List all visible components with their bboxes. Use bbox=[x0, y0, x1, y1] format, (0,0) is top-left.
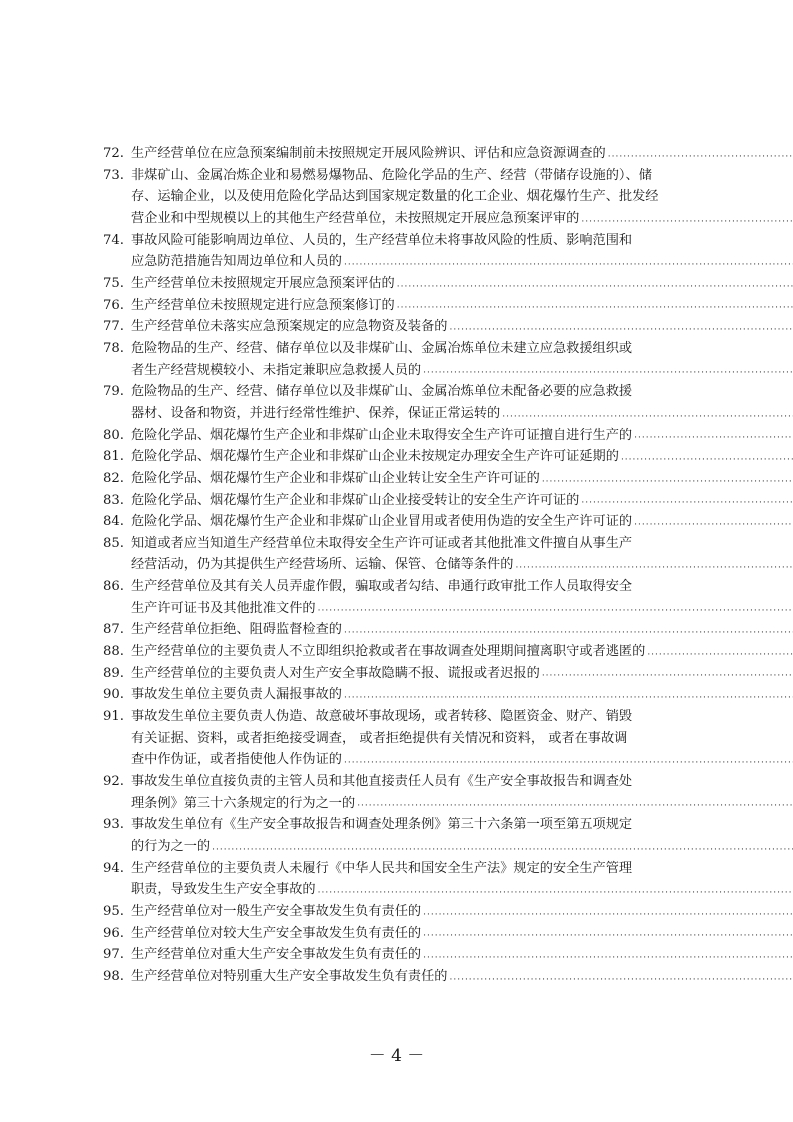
toc-entry-line: 查中作伪证，或者指使他人作伪证的110 bbox=[131, 749, 793, 771]
toc-entry-line: 生产经营单位对较大生产安全事故发生负有责任的117 bbox=[131, 923, 793, 945]
toc-entry-body: 生产经营单位对较大生产安全事故发生负有责任的117 bbox=[131, 923, 793, 945]
dot-leader bbox=[621, 452, 793, 468]
toc-entry-body: 生产经营单位的主要负责人对生产安全事故隐瞒不报、谎报或者迟报的106 bbox=[131, 663, 793, 685]
toc-entry-title: 生产经营单位对一般生产安全事故发生负有责任的 bbox=[131, 901, 421, 923]
toc-entry-body: 非煤矿山、金属冶炼企业和易燃易爆物品、危险化学品的生产、经营（带储存设施的）、储… bbox=[131, 165, 793, 230]
toc-entry-number: 78. bbox=[103, 338, 131, 381]
toc-entry-title: 危险化学品、烟花爆竹生产企业和非煤矿山企业冒用或者使用伪造的安全生产许可证的 bbox=[131, 511, 632, 533]
toc-entry-title: 非煤矿山、金属冶炼企业和易燃易爆物品、危险化学品的生产、经营（带储存设施的）、储 bbox=[131, 165, 652, 187]
toc-entry-line: 者生产经营规模较小、未指定兼职应急救援人员的93 bbox=[131, 360, 793, 382]
toc-entry-title: 生产经营单位未按照规定进行应急预案修订的 bbox=[131, 295, 395, 317]
toc-entry[interactable]: 98.生产经营单位对特别重大生产安全事故发生负有责任的120 bbox=[103, 966, 689, 988]
toc-entry[interactable]: 92.事故发生单位直接负责的主管人员和其他直接责任人员有《生产安全事故报告和调查… bbox=[103, 771, 689, 814]
toc-entry-number: 85. bbox=[103, 533, 131, 576]
toc-entry-title: 知道或者应当知道生产经营单位未取得安全生产许可证或者其他批准文件擅自从事生产 bbox=[131, 533, 632, 555]
toc-entry-line: 理条例》第三十六条规定的行为之一的111 bbox=[131, 793, 793, 815]
toc-entry-title: 危险化学品、烟花爆竹生产企业和非煤矿山企业接受转让的安全生产许可证的 bbox=[131, 490, 579, 512]
toc-entry[interactable]: 95.生产经营单位对一般生产安全事故发生负有责任的116 bbox=[103, 901, 689, 923]
toc-entry-body: 危险物品的生产、经营、储存单位以及非煤矿山、金属冶炼单位未配备必要的应急救援器材… bbox=[131, 381, 793, 424]
toc-entry[interactable]: 88.生产经营单位的主要负责人不立即组织抢救或者在事故调查处理期间擅离职守或者逃… bbox=[103, 641, 689, 663]
toc-entry-title: 生产许可证书及其他批准文件的 bbox=[131, 598, 316, 620]
toc-entry-line: 有关证据、资料，或者拒绝接受调查， 或者拒绝提供有关情况和资料， 或者在事故调 bbox=[131, 728, 793, 750]
toc-entry-number: 96. bbox=[103, 923, 131, 945]
toc-entry-number: 94. bbox=[103, 858, 131, 901]
toc-entry-body: 事故发生单位主要负责人漏报事故的109 bbox=[131, 684, 793, 706]
toc-entry-title: 的行为之一的 bbox=[131, 836, 210, 858]
toc-entry[interactable]: 86.生产经营单位及其有关人员弄虚作假，骗取或者勾结、串通行政审批工作人员取得安… bbox=[103, 576, 689, 619]
dot-leader bbox=[423, 950, 793, 966]
toc-entry-line: 职责，导致发生生产安全事故的115 bbox=[131, 879, 793, 901]
toc-entry-number: 86. bbox=[103, 576, 131, 619]
toc-entry-line: 危险物品的生产、经营、储存单位以及非煤矿山、金属冶炼单位未建立应急救援组织或 bbox=[131, 338, 793, 360]
toc-entry-body: 生产经营单位的主要负责人未履行《中华人民共和国安全生产法》规定的安全生产管理职责… bbox=[131, 858, 793, 901]
toc-entry-body: 生产经营单位及其有关人员弄虚作假，骗取或者勾结、串通行政审批工作人员取得安全生产… bbox=[131, 576, 793, 619]
toc-entry-number: 91. bbox=[103, 706, 131, 771]
toc-entry[interactable]: 79.危险物品的生产、经营、储存单位以及非煤矿山、金属冶炼单位未配备必要的应急救… bbox=[103, 381, 689, 424]
dot-leader bbox=[397, 300, 793, 316]
toc-entry[interactable]: 91.事故发生单位主要负责人伪造、故意破坏事故现场，或者转移、隐匿资金、财产、销… bbox=[103, 706, 689, 771]
toc-entry-line: 应急防范措施告知周边单位和人员的89 bbox=[131, 251, 793, 273]
toc-entry-title: 生产经营单位对重大生产安全事故发生负有责任的 bbox=[131, 944, 421, 966]
dot-leader bbox=[423, 928, 793, 944]
toc-entry-body: 生产经营单位未落实应急预案规定的应急物资及装备的92 bbox=[131, 316, 793, 338]
toc-entry-title: 事故风险可能影响周边单位、人员的，生产经营单位未将事故风险的性质、影响范围和 bbox=[131, 230, 632, 252]
toc-entry-line: 的行为之一的113 bbox=[131, 836, 793, 858]
dot-leader bbox=[450, 972, 793, 988]
toc-entry-title: 危险物品的生产、经营、储存单位以及非煤矿山、金属冶炼单位未配备必要的应急救援 bbox=[131, 381, 632, 403]
dot-leader bbox=[423, 365, 793, 381]
dot-leader bbox=[450, 322, 793, 338]
toc-entry-line: 生产经营单位未落实应急预案规定的应急物资及装备的92 bbox=[131, 316, 793, 338]
toc-entry-title: 生产经营单位的主要负责人对生产安全事故隐瞒不报、谎报或者迟报的 bbox=[131, 663, 540, 685]
toc-entry-title: 危险化学品、烟花爆竹生产企业和非煤矿山企业未按规定办理安全生产许可证延期的 bbox=[131, 446, 619, 468]
toc-entry-title: 危险化学品、烟花爆竹生产企业和非煤矿山企业转让安全生产许可证的 bbox=[131, 468, 540, 490]
dot-leader bbox=[344, 257, 793, 273]
toc-entry[interactable]: 94.生产经营单位的主要负责人未履行《中华人民共和国安全生产法》规定的安全生产管… bbox=[103, 858, 689, 901]
toc-entry-title: 危险物品的生产、经营、储存单位以及非煤矿山、金属冶炼单位未建立应急救援组织或 bbox=[131, 338, 632, 360]
toc-entry-body: 危险物品的生产、经营、储存单位以及非煤矿山、金属冶炼单位未建立应急救援组织或者生… bbox=[131, 338, 793, 381]
page-number: － 4 － bbox=[0, 1041, 793, 1066]
toc-entry-number: 82. bbox=[103, 468, 131, 490]
toc-entry-title: 经营活动，仍为其提供生产经营场所、运输、保管、仓储等条件的 bbox=[131, 554, 513, 576]
toc-entry-title: 生产经营单位在应急预案编制前未按照规定开展风险辨识、评估和应急资源调查的 bbox=[131, 143, 606, 165]
toc-entry-line: 存、运输企业，以及使用危险化学品达到国家规定数量的化工企业、烟花爆竹生产、批发经 bbox=[131, 186, 793, 208]
toc-entry[interactable]: 84.危险化学品、烟花爆竹生产企业和非煤矿山企业冒用或者使用伪造的安全生产许可证… bbox=[103, 511, 689, 533]
dot-leader bbox=[542, 474, 793, 490]
toc-entry-line: 事故发生单位有《生产安全事故报告和调查处理条例》第三十六条第一项至第五项规定 bbox=[131, 814, 793, 836]
toc-entry[interactable]: 77.生产经营单位未落实应急预案规定的应急物资及装备的92 bbox=[103, 316, 689, 338]
toc-entry-line: 营企业和中型规模以上的其他生产经营单位，未按照规定开展应急预案评审的88 bbox=[131, 208, 793, 230]
toc-entry-line: 生产经营单位在应急预案编制前未按照规定开展风险辨识、评估和应急资源调查的87 bbox=[131, 143, 793, 165]
dot-leader bbox=[581, 214, 793, 230]
toc-entry[interactable]: 76.生产经营单位未按照规定进行应急预案修订的91 bbox=[103, 295, 689, 317]
dot-leader bbox=[502, 409, 793, 425]
dot-leader bbox=[397, 279, 793, 295]
toc-entry-line: 危险物品的生产、经营、储存单位以及非煤矿山、金属冶炼单位未配备必要的应急救援 bbox=[131, 381, 793, 403]
toc-entry-title: 营企业和中型规模以上的其他生产经营单位，未按照规定开展应急预案评审的 bbox=[131, 208, 579, 230]
table-of-contents: 72.生产经营单位在应急预案编制前未按照规定开展风险辨识、评估和应急资源调查的8… bbox=[103, 143, 689, 988]
toc-entry[interactable]: 78.危险物品的生产、经营、储存单位以及非煤矿山、金属冶炼单位未建立应急救援组织… bbox=[103, 338, 689, 381]
toc-entry-line: 生产经营单位拒绝、阻碍监督检查的103 bbox=[131, 619, 793, 641]
toc-entry-title: 存、运输企业，以及使用危险化学品达到国家规定数量的化工企业、烟花爆竹生产、批发经 bbox=[131, 186, 659, 208]
toc-entry-number: 90. bbox=[103, 684, 131, 706]
toc-entry[interactable]: 85.知道或者应当知道生产经营单位未取得安全生产许可证或者其他批准文件擅自从事生… bbox=[103, 533, 689, 576]
toc-entry-title: 职责，导致发生生产安全事故的 bbox=[131, 879, 316, 901]
toc-entry-line: 生产经营单位的主要负责人对生产安全事故隐瞒不报、谎报或者迟报的106 bbox=[131, 663, 793, 685]
dot-leader bbox=[542, 668, 793, 684]
toc-entry-line: 生产经营单位未按照规定进行应急预案修订的91 bbox=[131, 295, 793, 317]
toc-entry-title: 者生产经营规模较小、未指定兼职应急救援人员的 bbox=[131, 360, 421, 382]
toc-entry-title: 事故发生单位主要负责人伪造、故意破坏事故现场，或者转移、隐匿资金、财产、销毁 bbox=[131, 706, 632, 728]
toc-entry-body: 生产经营单位未按照规定开展应急预案评估的90 bbox=[131, 273, 793, 295]
toc-entry-title: 生产经营单位对较大生产安全事故发生负有责任的 bbox=[131, 923, 421, 945]
dot-leader bbox=[344, 690, 793, 706]
toc-entry-number: 72. bbox=[103, 143, 131, 165]
dot-leader bbox=[344, 625, 793, 641]
toc-entry-body: 事故风险可能影响周边单位、人员的，生产经营单位未将事故风险的性质、影响范围和应急… bbox=[131, 230, 793, 273]
toc-entry-line: 生产经营单位对重大生产安全事故发生负有责任的119 bbox=[131, 944, 793, 966]
toc-entry-line: 事故发生单位直接负责的主管人员和其他直接责任人员有《生产安全事故报告和调查处 bbox=[131, 771, 793, 793]
toc-entry-title: 应急防范措施告知周边单位和人员的 bbox=[131, 251, 342, 273]
toc-entry-number: 73. bbox=[103, 165, 131, 230]
toc-entry-body: 危险化学品、烟花爆竹生产企业和非煤矿山企业冒用或者使用伪造的安全生产许可证的10… bbox=[131, 511, 793, 533]
toc-entry-title: 事故发生单位主要负责人漏报事故的 bbox=[131, 684, 342, 706]
toc-entry-number: 93. bbox=[103, 814, 131, 857]
toc-entry-number: 77. bbox=[103, 316, 131, 338]
dot-leader bbox=[423, 907, 793, 923]
toc-entry-title: 生产经营单位对特别重大生产安全事故发生负有责任的 bbox=[131, 966, 448, 988]
toc-entry-body: 事故发生单位有《生产安全事故报告和调查处理条例》第三十六条第一项至第五项规定的行… bbox=[131, 814, 793, 857]
toc-entry-body: 生产经营单位对一般生产安全事故发生负有责任的116 bbox=[131, 901, 793, 923]
toc-entry[interactable]: 89.生产经营单位的主要负责人对生产安全事故隐瞒不报、谎报或者迟报的106 bbox=[103, 663, 689, 685]
toc-entry-line: 生产经营单位及其有关人员弄虚作假，骗取或者勾结、串通行政审批工作人员取得安全 bbox=[131, 576, 793, 598]
toc-entry-line: 危险化学品、烟花爆竹生产企业和非煤矿山企业未按规定办理安全生产许可证延期的95 bbox=[131, 446, 793, 468]
dot-leader bbox=[357, 798, 793, 814]
toc-entry-title: 事故发生单位有《生产安全事故报告和调查处理条例》第三十六条第一项至第五项规定 bbox=[131, 814, 632, 836]
toc-entry-line: 事故发生单位主要负责人漏报事故的109 bbox=[131, 684, 793, 706]
toc-entry-body: 危险化学品、烟花爆竹生产企业和非煤矿山企业未取得安全生产许可证擅自进行生产的94 bbox=[131, 425, 793, 447]
toc-entry-line: 生产经营单位对特别重大生产安全事故发生负有责任的120 bbox=[131, 966, 793, 988]
toc-entry[interactable]: 90.事故发生单位主要负责人漏报事故的109 bbox=[103, 684, 689, 706]
toc-entry-line: 生产经营单位的主要负责人未履行《中华人民共和国安全生产法》规定的安全生产管理 bbox=[131, 858, 793, 880]
toc-entry-number: 95. bbox=[103, 901, 131, 923]
toc-entry[interactable]: 75.生产经营单位未按照规定开展应急预案评估的90 bbox=[103, 273, 689, 295]
toc-entry-line: 危险化学品、烟花爆竹生产企业和非煤矿山企业转让安全生产许可证的97 bbox=[131, 468, 793, 490]
toc-entry-body: 危险化学品、烟花爆竹生产企业和非煤矿山企业未按规定办理安全生产许可证延期的95 bbox=[131, 446, 793, 468]
toc-entry-body: 知道或者应当知道生产经营单位未取得安全生产许可证或者其他批准文件擅自从事生产经营… bbox=[131, 533, 793, 576]
toc-entry[interactable]: 81.危险化学品、烟花爆竹生产企业和非煤矿山企业未按规定办理安全生产许可证延期的… bbox=[103, 446, 689, 468]
toc-entry[interactable]: 82.危险化学品、烟花爆竹生产企业和非煤矿山企业转让安全生产许可证的97 bbox=[103, 468, 689, 490]
toc-entry-title: 生产经营单位未按照规定开展应急预案评估的 bbox=[131, 273, 395, 295]
toc-entry[interactable]: 87.生产经营单位拒绝、阻碍监督检查的103 bbox=[103, 619, 689, 641]
toc-entry-line: 经营活动，仍为其提供生产经营场所、运输、保管、仓储等条件的102 bbox=[131, 554, 793, 576]
toc-entry-body: 生产经营单位拒绝、阻碍监督检查的103 bbox=[131, 619, 793, 641]
dot-leader bbox=[212, 842, 793, 858]
toc-entry[interactable]: 73.非煤矿山、金属冶炼企业和易燃易爆物品、危险化学品的生产、经营（带储存设施的… bbox=[103, 165, 689, 230]
toc-entry-line: 事故发生单位主要负责人伪造、故意破坏事故现场，或者转移、隐匿资金、财产、销毁 bbox=[131, 706, 793, 728]
toc-entry-title: 生产经营单位拒绝、阻碍监督检查的 bbox=[131, 619, 342, 641]
toc-entry-title: 事故发生单位直接负责的主管人员和其他直接责任人员有《生产安全事故报告和调查处 bbox=[131, 771, 632, 793]
toc-entry-title: 生产经营单位的主要负责人未履行《中华人民共和国安全生产法》规定的安全生产管理 bbox=[131, 858, 632, 880]
toc-entry-title: 查中作伪证，或者指使他人作伪证的 bbox=[131, 749, 342, 771]
toc-entry-number: 81. bbox=[103, 446, 131, 468]
dot-leader bbox=[634, 430, 793, 446]
toc-entry-body: 生产经营单位在应急预案编制前未按照规定开展风险辨识、评估和应急资源调查的87 bbox=[131, 143, 793, 165]
dot-leader bbox=[318, 885, 793, 901]
toc-entry-number: 89. bbox=[103, 663, 131, 685]
toc-entry-line: 事故风险可能影响周边单位、人员的，生产经营单位未将事故风险的性质、影响范围和 bbox=[131, 230, 793, 252]
toc-entry-line: 生产许可证书及其他批准文件的103 bbox=[131, 598, 793, 620]
toc-entry[interactable]: 74.事故风险可能影响周边单位、人员的，生产经营单位未将事故风险的性质、影响范围… bbox=[103, 230, 689, 273]
dot-leader bbox=[581, 495, 793, 511]
toc-entry[interactable]: 80.危险化学品、烟花爆竹生产企业和非煤矿山企业未取得安全生产许可证擅自进行生产… bbox=[103, 425, 689, 447]
toc-entry-title: 生产经营单位未落实应急预案规定的应急物资及装备的 bbox=[131, 316, 448, 338]
toc-entry-line: 知道或者应当知道生产经营单位未取得安全生产许可证或者其他批准文件擅自从事生产 bbox=[131, 533, 793, 555]
toc-entry-body: 生产经营单位对特别重大生产安全事故发生负有责任的120 bbox=[131, 966, 793, 988]
toc-entry-line: 器材、设备和物资，并进行经常性维护、保养，保证正常运转的93 bbox=[131, 403, 793, 425]
toc-entry-line: 生产经营单位未按照规定开展应急预案评估的90 bbox=[131, 273, 793, 295]
toc-entry-number: 97. bbox=[103, 944, 131, 966]
toc-entry-number: 98. bbox=[103, 966, 131, 988]
dot-leader bbox=[647, 647, 793, 663]
toc-entry-number: 88. bbox=[103, 641, 131, 663]
toc-entry-line: 生产经营单位的主要负责人不立即组织抢救或者在事故调查处理期间擅离职守或者逃匿的1… bbox=[131, 641, 793, 663]
toc-entry[interactable]: 97.生产经营单位对重大生产安全事故发生负有责任的119 bbox=[103, 944, 689, 966]
toc-entry-number: 92. bbox=[103, 771, 131, 814]
toc-entry-number: 84. bbox=[103, 511, 131, 533]
toc-entry[interactable]: 93.事故发生单位有《生产安全事故报告和调查处理条例》第三十六条第一项至第五项规… bbox=[103, 814, 689, 857]
toc-entry[interactable]: 83.危险化学品、烟花爆竹生产企业和非煤矿山企业接受转让的安全生产许可证的99 bbox=[103, 490, 689, 512]
toc-entry-body: 生产经营单位对重大生产安全事故发生负有责任的119 bbox=[131, 944, 793, 966]
toc-entry-line: 生产经营单位对一般生产安全事故发生负有责任的116 bbox=[131, 901, 793, 923]
toc-entry-line: 危险化学品、烟花爆竹生产企业和非煤矿山企业接受转让的安全生产许可证的99 bbox=[131, 490, 793, 512]
dot-leader bbox=[318, 603, 793, 619]
toc-entry-line: 非煤矿山、金属冶炼企业和易燃易爆物品、危险化学品的生产、经营（带储存设施的）、储 bbox=[131, 165, 793, 187]
toc-entry-number: 76. bbox=[103, 295, 131, 317]
toc-entry-body: 危险化学品、烟花爆竹生产企业和非煤矿山企业转让安全生产许可证的97 bbox=[131, 468, 793, 490]
toc-entry-title: 生产经营单位及其有关人员弄虚作假，骗取或者勾结、串通行政审批工作人员取得安全 bbox=[131, 576, 632, 598]
dot-leader bbox=[515, 560, 793, 576]
toc-entry-body: 生产经营单位未按照规定进行应急预案修订的91 bbox=[131, 295, 793, 317]
toc-entry-title: 器材、设备和物资，并进行经常性维护、保养，保证正常运转的 bbox=[131, 403, 500, 425]
toc-entry-title: 生产经营单位的主要负责人不立即组织抢救或者在事故调查处理期间擅离职守或者逃匿的 bbox=[131, 641, 645, 663]
toc-entry-number: 74. bbox=[103, 230, 131, 273]
dot-leader bbox=[608, 149, 793, 165]
toc-entry-number: 79. bbox=[103, 381, 131, 424]
toc-entry-number: 87. bbox=[103, 619, 131, 641]
toc-entry-number: 80. bbox=[103, 425, 131, 447]
toc-entry-body: 危险化学品、烟花爆竹生产企业和非煤矿山企业接受转让的安全生产许可证的99 bbox=[131, 490, 793, 512]
toc-entry[interactable]: 96.生产经营单位对较大生产安全事故发生负有责任的117 bbox=[103, 923, 689, 945]
dot-leader bbox=[344, 755, 793, 771]
toc-entry-body: 生产经营单位的主要负责人不立即组织抢救或者在事故调查处理期间擅离职守或者逃匿的1… bbox=[131, 641, 793, 663]
toc-entry-title: 有关证据、资料，或者拒绝接受调查， 或者拒绝提供有关情况和资料， 或者在事故调 bbox=[131, 728, 627, 750]
toc-entry-line: 危险化学品、烟花爆竹生产企业和非煤矿山企业冒用或者使用伪造的安全生产许可证的10… bbox=[131, 511, 793, 533]
toc-entry-line: 危险化学品、烟花爆竹生产企业和非煤矿山企业未取得安全生产许可证擅自进行生产的94 bbox=[131, 425, 793, 447]
toc-entry[interactable]: 72.生产经营单位在应急预案编制前未按照规定开展风险辨识、评估和应急资源调查的8… bbox=[103, 143, 689, 165]
dot-leader bbox=[634, 517, 793, 533]
toc-entry-body: 事故发生单位直接负责的主管人员和其他直接责任人员有《生产安全事故报告和调查处理条… bbox=[131, 771, 793, 814]
toc-entry-body: 事故发生单位主要负责人伪造、故意破坏事故现场，或者转移、隐匿资金、财产、销毁有关… bbox=[131, 706, 793, 771]
toc-entry-title: 理条例》第三十六条规定的行为之一的 bbox=[131, 793, 355, 815]
toc-entry-title: 危险化学品、烟花爆竹生产企业和非煤矿山企业未取得安全生产许可证擅自进行生产的 bbox=[131, 425, 632, 447]
toc-entry-number: 83. bbox=[103, 490, 131, 512]
toc-entry-number: 75. bbox=[103, 273, 131, 295]
